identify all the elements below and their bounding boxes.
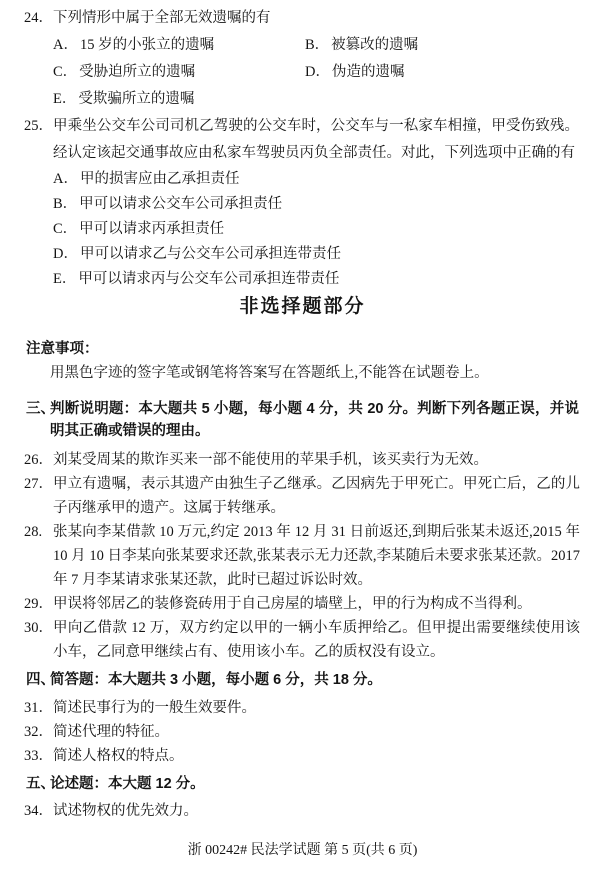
option-25-b: B．甲可以请求公交车公司承担责任	[0, 192, 605, 217]
option-text: 甲可以请求公交车公司承担责任	[79, 196, 282, 212]
question-25-number: 25．	[24, 113, 53, 140]
option-label: D．	[305, 64, 330, 80]
option-text: 伪造的遗嘱	[332, 64, 405, 80]
question-25-options: A．甲的损害应由乙承担责任 B．甲可以请求公交车公司承担责任 C．甲可以请求丙承…	[0, 167, 605, 292]
section-5-number: 五、	[26, 773, 55, 796]
option-24-b: B．被篡改的遗嘱	[305, 32, 418, 59]
notice-body: 用黑色字迹的签字笔或钢笔将答案写在答题纸上,不能答在试题卷上。	[0, 361, 605, 385]
page-footer: 浙 00242# 民法学试题 第 5 页(共 6 页)	[0, 841, 605, 861]
option-row: C．受胁迫所立的遗嘱 D．伪造的遗嘱	[0, 59, 605, 86]
question-30: 30． 甲向乙借款 12 万，双方约定以甲的一辆小车质押给乙。但甲提出需要继续使…	[0, 616, 605, 664]
option-text: 受欺骗所立的遗嘱	[78, 91, 194, 107]
option-25-d: D．甲可以请求乙与公交车公司承担连带责任	[0, 242, 605, 267]
option-label: A．	[53, 171, 78, 187]
option-24-c: C．受胁迫所立的遗嘱	[53, 59, 305, 86]
section-4-header: 四、 简答题：本大题共 3 小题，每小题 6 分，共 18 分。	[0, 669, 605, 692]
option-label: E．	[53, 271, 76, 287]
section-4-number: 四、	[26, 669, 55, 692]
option-label: B．	[305, 37, 329, 53]
option-24-e: E．受欺骗所立的遗嘱	[53, 86, 305, 113]
option-row: A．15 岁的小张立的遗嘱 B．被篡改的遗嘱	[0, 32, 605, 59]
option-row: E．受欺骗所立的遗嘱	[0, 86, 605, 113]
question-31-text: 简述民事行为的一般生效要件。	[53, 700, 256, 716]
question-29: 29． 甲误将邻居乙的装修瓷砖用于自己房屋的墙壁上，甲的行为构成不当得利。	[0, 592, 605, 616]
question-26-number: 26．	[24, 448, 53, 472]
question-28-text: 张某向李某借款 10 万元,约定 2013 年 12 月 31 日前返还,到期后…	[53, 524, 580, 588]
question-33-number: 33．	[24, 744, 53, 768]
question-33: 33． 简述人格权的特点。	[0, 744, 605, 768]
question-27: 27． 甲立有遗嘱，表示其遗产由独生子乙继承。乙因病先于甲死亡。甲死亡后，乙的儿…	[0, 472, 605, 520]
section-3-number: 三、	[26, 398, 55, 420]
option-24-a: A．15 岁的小张立的遗嘱	[53, 32, 305, 59]
section-5-header: 五、 论述题：本大题 12 分。	[0, 773, 605, 796]
question-24: 24． 下列情形中属于全部无效遗嘱的有	[0, 5, 605, 32]
section-3-header: 三、 判断说明题：本大题共 5 小题，每小题 4 分，共 20 分。判断下列各题…	[0, 398, 605, 442]
question-32-text: 简述代理的特征。	[53, 724, 169, 740]
exam-page: 24． 下列情形中属于全部无效遗嘱的有 A．15 岁的小张立的遗嘱 B．被篡改的…	[0, 0, 605, 879]
question-24-options: A．15 岁的小张立的遗嘱 B．被篡改的遗嘱 C．受胁迫所立的遗嘱 D．伪造的遗…	[0, 32, 605, 113]
question-25: 25． 甲乘坐公交车公司司机乙驾驶的公交车时，公交车与一私家车相撞，甲受伤致残。…	[0, 113, 605, 167]
option-text: 甲可以请求丙承担责任	[79, 221, 224, 237]
section-5-title: 论述题：本大题 12 分。	[50, 776, 205, 792]
option-25-e: E．甲可以请求丙与公交车公司承担连带责任	[0, 267, 605, 292]
question-30-text: 甲向乙借款 12 万，双方约定以甲的一辆小车质押给乙。但甲提出需要继续使用该小车…	[53, 620, 580, 660]
question-24-stem: 下列情形中属于全部无效遗嘱的有	[53, 10, 271, 26]
option-text: 受胁迫所立的遗嘱	[79, 64, 195, 80]
question-26-text: 刘某受周某的欺诈买来一部不能使用的苹果手机，该买卖行为无效。	[53, 452, 488, 468]
option-text: 甲可以请求乙与公交车公司承担连带责任	[80, 246, 341, 262]
part-heading: 非选择题部分	[0, 294, 605, 320]
question-26: 26． 刘某受周某的欺诈买来一部不能使用的苹果手机，该买卖行为无效。	[0, 448, 605, 472]
option-label: D．	[53, 246, 78, 262]
section-3-title: 判断说明题：本大题共 5 小题，每小题 4 分，共 20 分。判断下列各题正误，…	[50, 401, 579, 439]
question-33-text: 简述人格权的特点。	[53, 748, 184, 764]
question-32-number: 32．	[24, 720, 53, 744]
option-25-a: A．甲的损害应由乙承担责任	[0, 167, 605, 192]
question-25-stem: 甲乘坐公交车公司司机乙驾驶的公交车时，公交车与一私家车相撞，甲受伤致残。经认定该…	[53, 118, 579, 161]
question-31-number: 31．	[24, 696, 53, 720]
question-34: 34． 试述物权的优先效力。	[0, 799, 605, 823]
notice-title: 注意事项：	[0, 337, 605, 361]
option-text: 甲的损害应由乙承担责任	[80, 171, 240, 187]
option-24-d: D．伪造的遗嘱	[305, 59, 404, 86]
question-30-number: 30．	[24, 616, 53, 640]
question-34-number: 34．	[24, 799, 53, 823]
question-28: 28. 张某向李某借款 10 万元,约定 2013 年 12 月 31 日前返还…	[0, 520, 605, 592]
question-29-text: 甲误将邻居乙的装修瓷砖用于自己房屋的墙壁上，甲的行为构成不当得利。	[53, 596, 532, 612]
question-27-number: 27．	[24, 472, 53, 496]
question-27-text: 甲立有遗嘱，表示其遗产由独生子乙继承。乙因病先于甲死亡。甲死亡后，乙的儿子丙继承…	[53, 476, 580, 516]
option-text: 甲可以请求丙与公交车公司承担连带责任	[78, 271, 339, 287]
option-text: 15 岁的小张立的遗嘱	[80, 37, 214, 53]
option-label: C．	[53, 221, 77, 237]
option-label: E．	[53, 91, 76, 107]
question-34-text: 试述物权的优先效力。	[53, 803, 198, 819]
option-label: B．	[53, 196, 77, 212]
section-4-title: 简答题：本大题共 3 小题，每小题 6 分，共 18 分。	[50, 672, 382, 688]
question-29-number: 29．	[24, 592, 53, 616]
question-24-number: 24．	[24, 5, 53, 32]
option-label: A．	[53, 37, 78, 53]
option-text: 被篡改的遗嘱	[331, 37, 418, 53]
option-label: C．	[53, 64, 77, 80]
question-32: 32． 简述代理的特征。	[0, 720, 605, 744]
question-31: 31． 简述民事行为的一般生效要件。	[0, 696, 605, 720]
option-25-c: C．甲可以请求丙承担责任	[0, 217, 605, 242]
question-28-number: 28.	[24, 520, 42, 544]
